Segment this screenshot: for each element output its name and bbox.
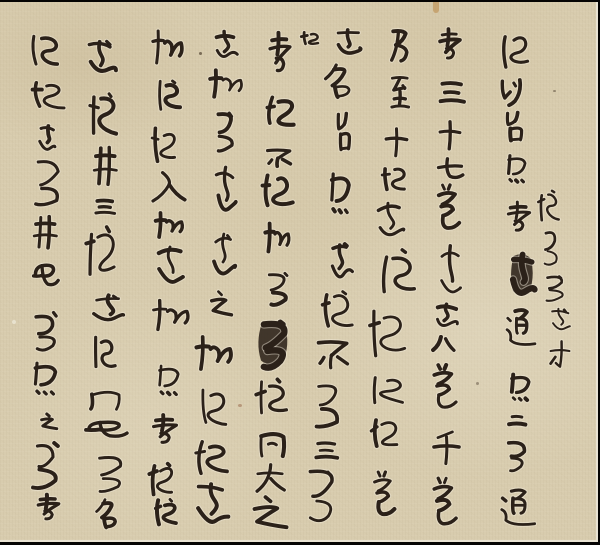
- calligraphy-character: 不: [314, 337, 352, 369]
- calligraphy-character: 皆: [502, 110, 530, 143]
- calligraphy-character: 尊: [427, 475, 460, 529]
- calligraphy-character: 究: [193, 437, 233, 477]
- calligraphy-character: 性: [263, 92, 299, 130]
- calligraphy-character: 住: [318, 285, 356, 332]
- column-text: 剛利𦬇三摩地法門也號名: [0, 2, 1, 3]
- calligraphy-character: 諸: [263, 270, 293, 307]
- calligraphy-character: 三: [93, 197, 117, 217]
- calligraphy-character: 尊: [432, 182, 463, 233]
- calligraphy-character: 名: [93, 497, 123, 530]
- note-character: 才: [547, 339, 573, 369]
- calligraphy-character: 色: [210, 163, 240, 217]
- column-text: 求相空色界之相是究竟: [0, 2, 1, 3]
- calligraphy-character: 後: [28, 310, 65, 353]
- calligraphy-character: 殊: [30, 77, 67, 113]
- calligraphy-character: 利: [27, 157, 67, 207]
- calligraphy-character: 十: [383, 127, 410, 157]
- calligraphy-paper: 後以皆為者明通為二言通 後 以 皆 為 者 明 通 為 二 言 通 能所被學才 …: [0, 2, 596, 540]
- calligraphy-character: 相: [193, 333, 237, 373]
- calligraphy-character: 相: [263, 220, 293, 255]
- note-character: 學: [547, 307, 573, 333]
- calligraphy-character: 刹: [373, 200, 407, 240]
- calligraphy-character: 剛: [83, 37, 120, 77]
- column-text: 相來法入相持相為者住金: [0, 2, 1, 3]
- calligraphy-character: 難: [253, 317, 293, 370]
- calligraphy-character: 為: [150, 363, 187, 400]
- calligraphy-character: 至: [388, 73, 412, 110]
- calligraphy-character: 者: [35, 493, 62, 523]
- calligraphy-character: 後: [499, 28, 533, 70]
- calligraphy-character: 諸: [367, 415, 403, 452]
- paper-speck: [476, 382, 479, 385]
- calligraphy-character: 乃: [387, 27, 413, 63]
- calligraphy-character: 𦬇: [30, 213, 60, 250]
- calligraphy-character: 七: [434, 157, 466, 180]
- calligraphy-character: 相: [207, 67, 247, 100]
- calligraphy-character: 持: [153, 243, 187, 287]
- paper-speck: [238, 404, 242, 407]
- calligraphy-character: 門: [83, 387, 127, 413]
- note-character: 能: [535, 188, 562, 223]
- calligraphy-character: 二: [506, 412, 528, 429]
- calligraphy-character: 百: [430, 302, 460, 329]
- calligraphy-character: 八: [430, 335, 456, 352]
- calligraphy-character: 千: [430, 429, 463, 465]
- calligraphy-character: 求: [210, 30, 240, 60]
- calligraphy-character: 利: [87, 87, 120, 140]
- calligraphy-character: 數: [366, 372, 410, 405]
- calligraphy-character: 相: [150, 27, 187, 67]
- calligraphy-character: 者: [267, 30, 293, 77]
- calligraphy-character: 號: [90, 453, 130, 493]
- calligraphy-character: 三: [437, 78, 467, 107]
- calligraphy-character: 動: [307, 379, 347, 429]
- column-text: 者三十七尊及百八尊千尊: [0, 2, 1, 3]
- calligraphy-character: 言: [503, 439, 530, 472]
- calligraphy-character: 塵: [366, 305, 410, 362]
- calligraphy-character: 不: [264, 147, 294, 167]
- calligraphy-character: 文: [27, 30, 63, 67]
- calligraphy-character: 法: [90, 330, 117, 373]
- calligraphy-character: 是: [197, 383, 230, 430]
- column-text: 文殊師利𦬇也後為之釋者: [0, 2, 1, 3]
- calligraphy-character: 金: [153, 497, 180, 527]
- calligraphy-character: 之: [38, 413, 58, 430]
- calligraphy-character: 通: [497, 485, 537, 529]
- calligraphy-character: 入: [150, 170, 187, 203]
- calligraphy-character: 為: [323, 170, 357, 220]
- calligraphy-character: 𦬇: [90, 143, 120, 187]
- paper-speck: [12, 320, 16, 324]
- calligraphy-character: 為: [500, 153, 533, 187]
- calligraphy-character: 佛: [380, 163, 410, 193]
- calligraphy-character: 來: [153, 77, 183, 113]
- calligraphy-character: 通: [503, 305, 537, 349]
- column-text: 者性不壞相諸難無同大之: [0, 2, 1, 3]
- calligraphy-character: 以: [497, 77, 527, 107]
- calligraphy-character: 者: [505, 200, 533, 235]
- calligraphy-character: 尊: [427, 362, 460, 412]
- column-text: 法名皆為並住不動三摩: [0, 2, 1, 3]
- column-text: 後以皆為者明通為二言通: [0, 2, 1, 3]
- paper-speck: [199, 52, 202, 55]
- calligraphy-character: 法: [333, 27, 363, 57]
- calligraphy-character: 者: [150, 413, 180, 447]
- column-text: 乃至十佛刹微塵數諸尊: [0, 2, 1, 3]
- calligraphy-character: 大: [253, 463, 287, 493]
- calligraphy-character: 摩: [300, 465, 343, 525]
- calligraphy-character: 相: [150, 297, 194, 333]
- calligraphy-character: 師: [36, 123, 58, 153]
- calligraphy-character: 明: [507, 250, 537, 300]
- paper-speck: [553, 90, 556, 92]
- calligraphy-character: 竟: [190, 480, 233, 527]
- note-character: 被: [540, 273, 570, 302]
- calligraphy-character: 皆: [334, 110, 356, 153]
- calligraphy-character: 地: [87, 293, 127, 323]
- calligraphy-character: 微: [377, 247, 417, 295]
- calligraphy-character: 同: [254, 427, 290, 460]
- calligraphy-character: 為: [25, 360, 65, 400]
- calligraphy-character: 並: [326, 240, 354, 282]
- calligraphy-character: 空: [210, 110, 240, 153]
- calligraphy-character: 者: [437, 27, 463, 63]
- note-character: 所: [538, 228, 562, 268]
- calligraphy-character: 界: [209, 230, 237, 280]
- calligraphy-character: 三: [313, 439, 340, 462]
- calligraphy-character: 相: [153, 210, 187, 240]
- calligraphy-character: 壞: [260, 170, 296, 212]
- calligraphy-character: 也: [30, 258, 60, 290]
- calligraphy-character: 名: [321, 62, 359, 100]
- calligraphy-character: 住: [147, 460, 177, 497]
- calligraphy-character: 為: [503, 372, 537, 405]
- calligraphy-character: 尊: [368, 469, 398, 519]
- calligraphy-character: 及: [436, 243, 464, 299]
- calligraphy-character: 之: [207, 290, 233, 317]
- calligraphy-character: 之: [247, 495, 289, 530]
- calligraphy-character: 無: [254, 377, 290, 417]
- paper-stain: [433, 2, 439, 13]
- calligraphy-character: 十: [437, 120, 463, 150]
- calligraphy-character: 摩: [83, 223, 120, 280]
- calligraphy-character: 也: [80, 417, 130, 440]
- note-character: 地: [300, 30, 322, 47]
- calligraphy-character: 釋: [25, 440, 65, 490]
- calligraphy-character: 法: [150, 123, 180, 167]
- note-text: 能所被學才: [0, 2, 1, 3]
